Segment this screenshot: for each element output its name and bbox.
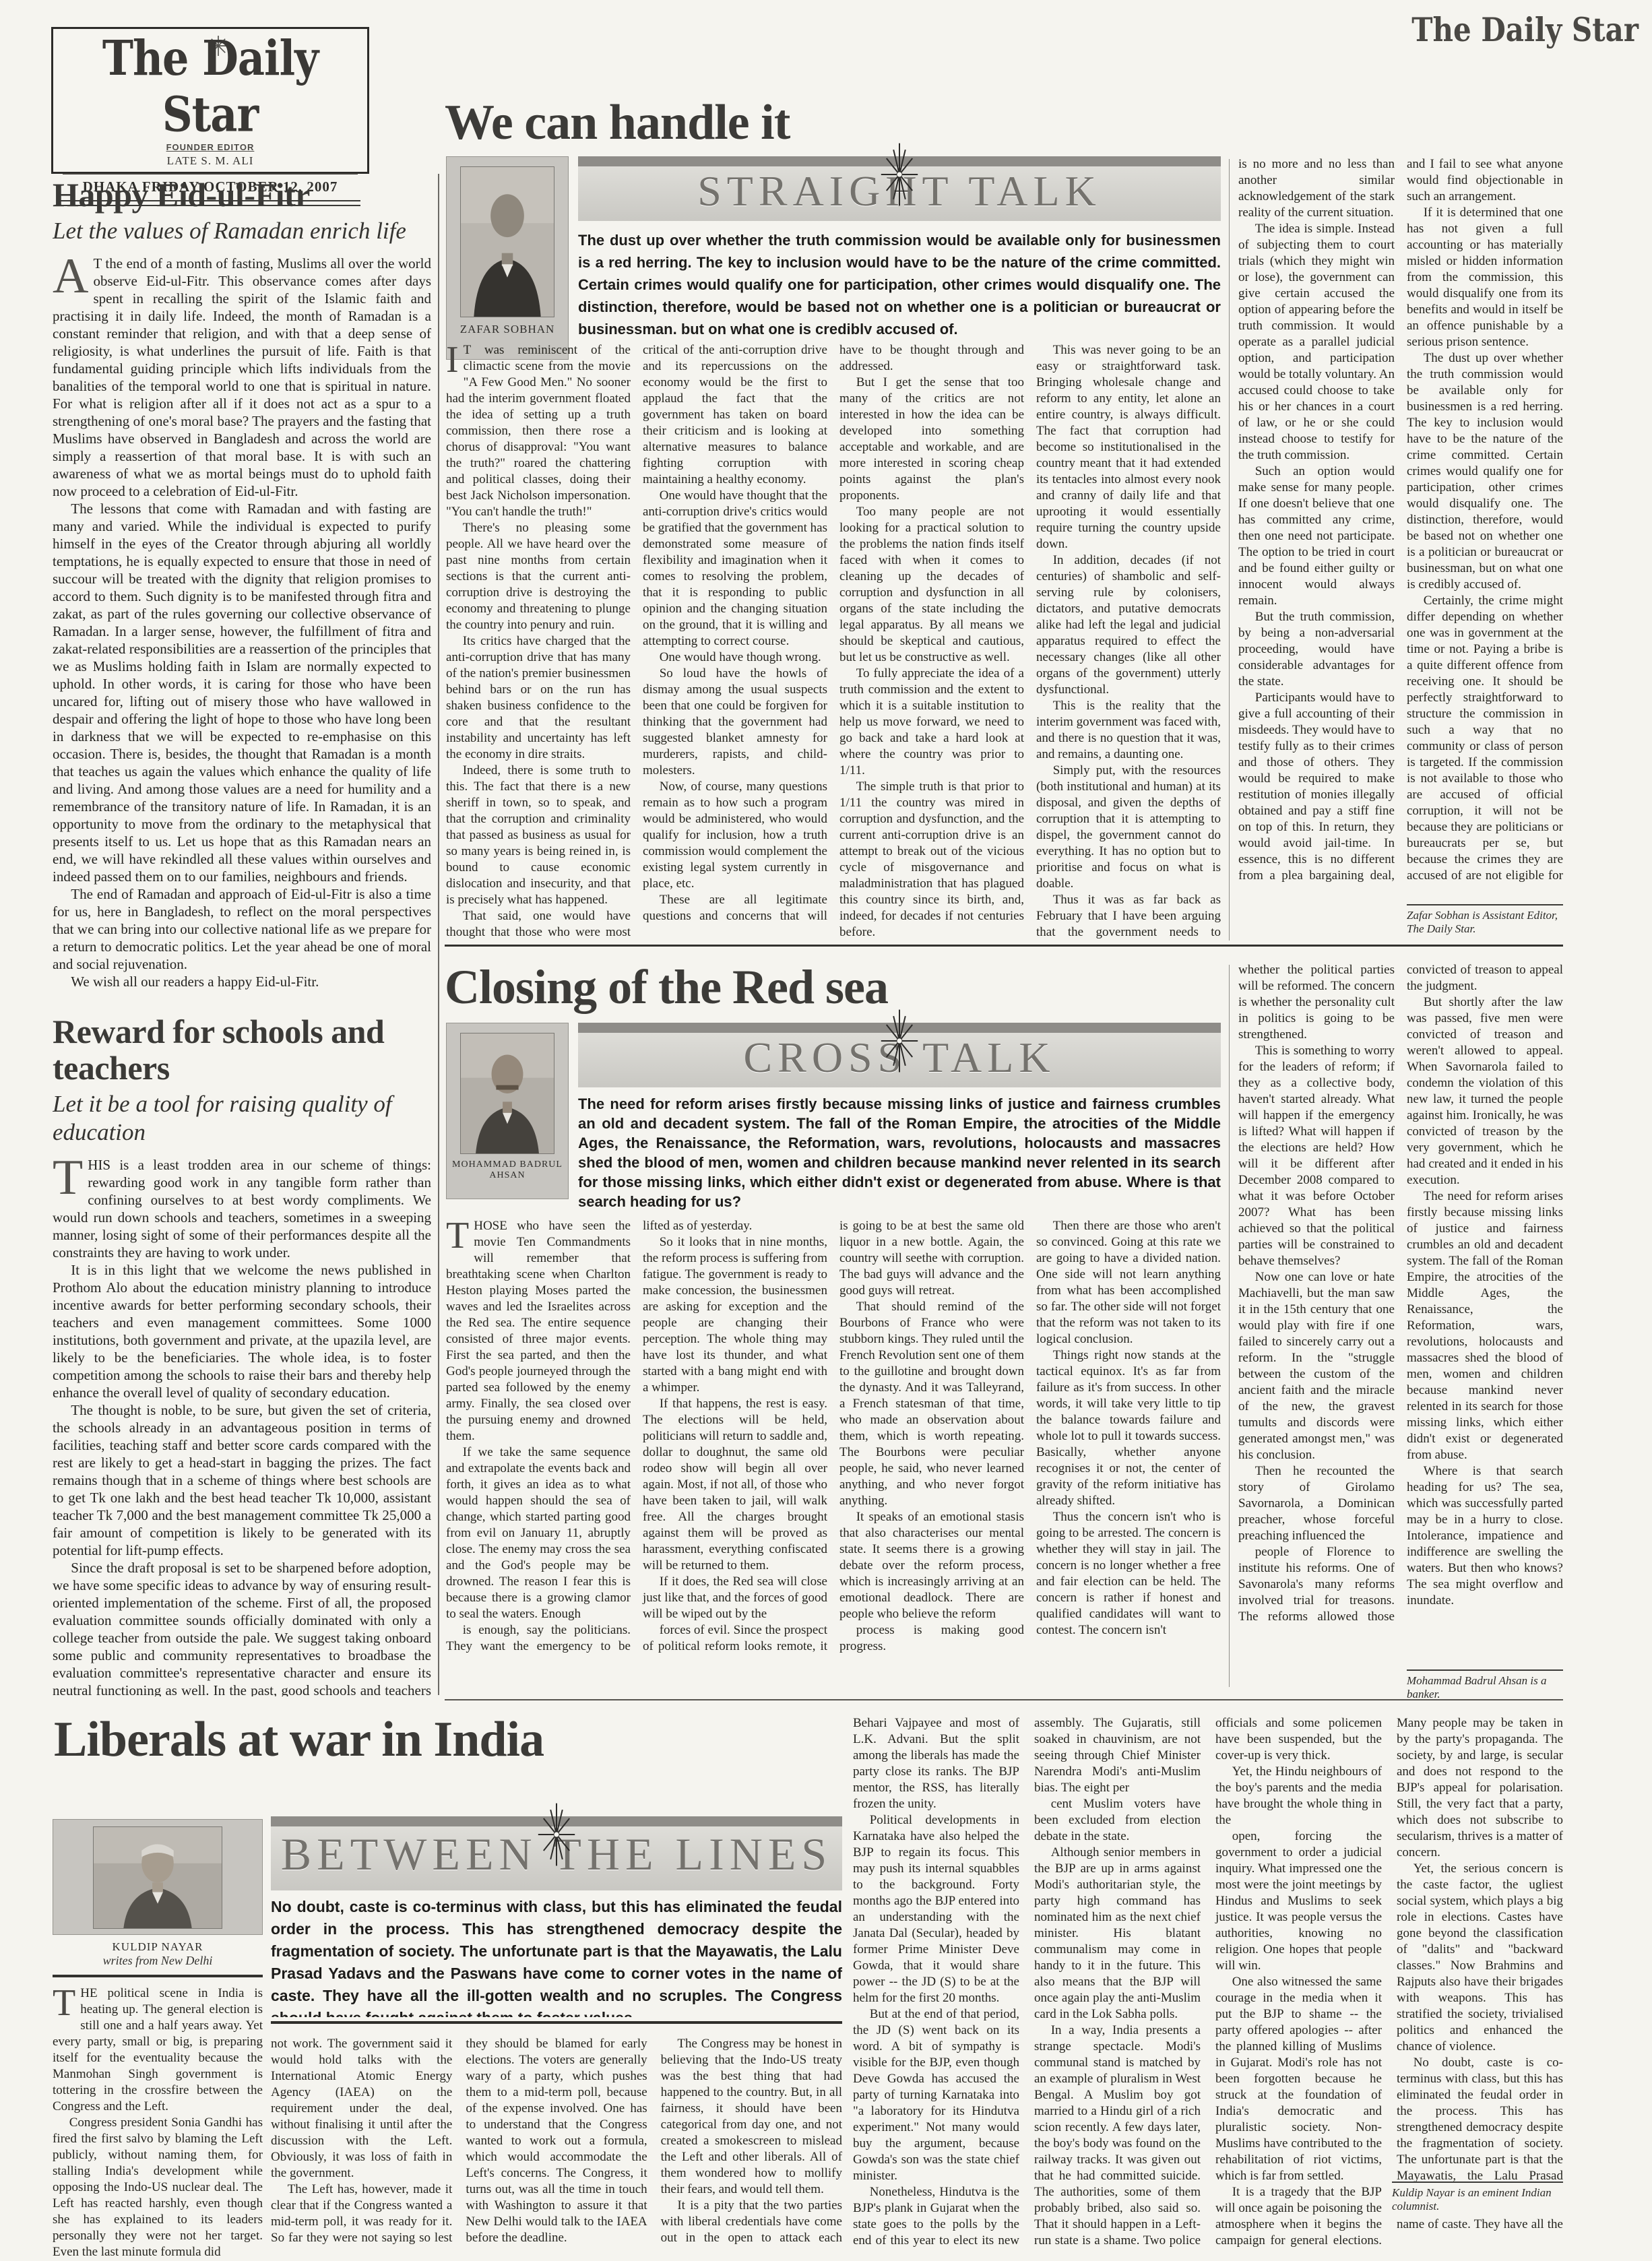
starburst-icon	[530, 1791, 583, 1878]
author-photo-panel: ZAFAR SOBHAN	[446, 156, 569, 360]
author-name: ZAFAR SOBHAN	[460, 323, 555, 336]
author-credit: Zafar Sobhan is Assistant Editor, The Da…	[1407, 904, 1563, 936]
corner-logo: The Daily Star	[1361, 11, 1639, 49]
paragraph: But the truth commission, by being a non…	[1238, 609, 1395, 690]
paragraph: Such an option would make sense for many…	[1238, 464, 1395, 609]
paragraph: But shortly after the law was passed, fi…	[1407, 994, 1563, 1188]
straight-talk-body: I T was reminiscent of the climactic sce…	[446, 342, 1221, 946]
column-divider-rule	[438, 174, 439, 1695]
founder-name: LATE S. M. ALI	[53, 154, 367, 168]
cross-talk-body-continued: whether the political parties will be re…	[1238, 962, 1563, 1664]
cross-talk-headline: Closing of the Red sea	[445, 959, 888, 1015]
author-credit: Mohammad Badrul Ahsan is a banker.	[1407, 1669, 1563, 1701]
paragraph: It is in this light that we welcome the …	[53, 1261, 431, 1401]
editorial-happy-eid: Happy Eid-ul-Fitr Let the values of Rama…	[53, 177, 431, 990]
paragraph: One would have thought that the anti-cor…	[643, 488, 827, 649]
between-the-lines-body-intro: T HE political scene in India is heating…	[53, 1985, 263, 2260]
paragraph: HE political scene in India is heating u…	[53, 1985, 263, 2115]
paragraph: This is the reality that the interim gov…	[1036, 698, 1221, 763]
cross-talk-body: T HOSE who have seen the movie Ten Comma…	[446, 1218, 1221, 1688]
paragraph: Although senior members in the BJP are u…	[1034, 1845, 1201, 2023]
cross-talk-banner: CROSS TALK	[578, 1023, 1221, 1087]
paragraph: Its critics have charged that the anti-c…	[446, 633, 631, 763]
author-photo-panel	[53, 1819, 263, 1935]
paragraph: This was never going to be an easy or st…	[1036, 342, 1221, 552]
paragraph: The simple truth is that prior to 1/11 t…	[839, 779, 1024, 941]
paragraph: We wish all our readers a happy Eid-ul-F…	[53, 973, 431, 990]
paragraph: The dust up over whether the truth commi…	[1407, 350, 1563, 593]
paragraph: Where is that search heading for us? The…	[1407, 1463, 1563, 1609]
author-location: writes from New Delhi	[53, 1954, 263, 1968]
paragraph: whether the political parties will be re…	[1238, 962, 1395, 1043]
dropcap-letter: I	[446, 342, 464, 375]
paragraph: So loud have the howls of dismay among t…	[643, 666, 827, 779]
masthead: The Daily Star FOUNDER EDITOR LATE S. M.…	[51, 27, 369, 174]
dropcap-letter: A	[53, 255, 93, 296]
column-rule	[1229, 159, 1230, 941]
paragraph: Then he recounted the story of Girolamo …	[1238, 1463, 1395, 1544]
editorial-subtitle: Let it be a tool for raising quality of …	[53, 1090, 431, 1147]
author-photo	[460, 1033, 554, 1154]
paragraph: In addition, decades (if not centuries) …	[1036, 552, 1221, 698]
paragraph: This is something to worry for the leade…	[1238, 1043, 1395, 1269]
author-credit: Kuldip Nayar is an eminent Indian column…	[1392, 2182, 1563, 2213]
dropcap-letter: T	[53, 1156, 88, 1197]
paragraph: is no more and no less than another simi…	[1238, 156, 1395, 221]
paragraph: Too many people are not looking for a pr…	[839, 504, 1024, 666]
paragraph: Behari Vajpayee and most of L.K. Advani.…	[853, 1715, 1019, 1812]
straight-talk-banner: STRAIGHT TALK	[578, 156, 1221, 221]
between-the-lines-standfirst: No doubt, caste is co-terminus with clas…	[271, 1896, 842, 2017]
author-column: KULDIP NAYAR writes from New Delhi T HE …	[53, 1819, 263, 2261]
between-the-lines-body: not work. The government said it would h…	[271, 2036, 842, 2261]
paragraph: But at the end of that period, the JD (S…	[853, 2006, 1019, 2184]
paragraph: Now one can love or hate Machiavelli, bu…	[1238, 1269, 1395, 1463]
between-the-lines-banner: BETWEEN THE LINES	[271, 1816, 842, 1890]
paragraph: The Congress may be honest in believing …	[661, 2036, 842, 2198]
paragraph: not work. The government said it would h…	[271, 2036, 452, 2182]
paragraph: To fully appreciate the idea of a truth …	[839, 666, 1024, 779]
paragraph: Things right now stands at the tactical …	[1036, 1347, 1221, 1509]
paragraph: If that happens, the rest is easy. The e…	[643, 1396, 827, 1574]
standfirst-rule	[271, 2021, 842, 2024]
starburst-center	[897, 172, 902, 177]
paragraph: One also witnessed the same courage in t…	[1215, 1974, 1382, 2184]
paragraph: T the end of a month of fasting, Muslims…	[53, 255, 431, 500]
founder-editor-label: FOUNDER EDITOR	[53, 142, 367, 152]
paragraph: If we take the same sequence and extrapo…	[446, 1444, 631, 1622]
author-name: KULDIP NAYAR	[53, 1940, 263, 1954]
editorial-body: A T the end of a month of fasting, Musli…	[53, 255, 431, 990]
paragraph: HOSE who have seen the movie Ten Command…	[446, 1218, 631, 1444]
paragraph: Simply put, with the resources (both ins…	[1036, 763, 1221, 892]
editorial-subtitle: Let the values of Ramadan enrich life	[53, 217, 431, 245]
straight-talk-body-continued: is no more and no less than another simi…	[1238, 156, 1563, 897]
column-rule	[1229, 965, 1230, 1687]
paragraph: The idea is simple. Instead of subjectin…	[1238, 221, 1395, 464]
between-the-lines-headline: Liberals at war in India	[54, 1711, 544, 1769]
section-divider-rule	[445, 945, 1563, 947]
paragraph: Political developments in Karnataka have…	[853, 1812, 1019, 2006]
editorial-title: Happy Eid-ul-Fitr	[53, 177, 431, 213]
paragraph: There's no pleasing some people. All we …	[446, 520, 631, 633]
editorial-title: Reward for schools and teachers	[53, 1013, 431, 1086]
paragraph: open, forcing the government to order a …	[1215, 1828, 1382, 1974]
paragraph: HIS is a least trodden area in our schem…	[53, 1156, 431, 1261]
paragraph: cent Muslim voters have been excluded fr…	[1034, 1796, 1201, 1845]
credit-text: Mohammad Badrul Ahsan is a banker.	[1407, 1674, 1546, 1700]
paragraph: Yet, the serious concern is the caste fa…	[1397, 1861, 1563, 2055]
author-photo-panel: MOHAMMAD BADRUL AHSAN	[446, 1023, 569, 1199]
paragraph: One would have though wrong.	[643, 649, 827, 666]
byline-rule	[53, 1975, 263, 1977]
paragraph: Then there are those who aren't so convi…	[1036, 1218, 1221, 1347]
paragraph: The end of Ramadan and approach of Eid-u…	[53, 885, 431, 973]
straight-talk-headline: We can handle it	[445, 94, 790, 152]
masthead-rule	[63, 173, 358, 174]
paragraph: It speaks of an emotional stasis that al…	[839, 1509, 1024, 1622]
paragraph: Since the draft proposal is set to be sh…	[53, 1559, 431, 1696]
paragraph: But I get the sense that too many of the…	[839, 375, 1024, 504]
cross-talk-standfirst: The need for reform arises firstly becau…	[578, 1094, 1221, 1213]
paragraph: T was reminiscent of the climactic scene…	[446, 342, 631, 520]
editorial-body: T HIS is a least trodden area in our sch…	[53, 1156, 431, 1696]
paragraph: That should remind of the Bourbons of Fr…	[839, 1299, 1024, 1509]
author-photo	[93, 1826, 222, 1929]
paragraph: Congress president Sonia Gandhi has fire…	[53, 2115, 263, 2260]
author-name: MOHAMMAD BADRUL AHSAN	[447, 1159, 568, 1181]
credit-text: Kuldip Nayar is an eminent Indian column…	[1392, 2186, 1552, 2212]
paragraph: process is making good progress.	[839, 1622, 1024, 1655]
paragraph: Thus the concern isn't who is going to b…	[1036, 1509, 1221, 1638]
dropcap-letter: T	[53, 1985, 80, 2018]
section-gap	[53, 990, 431, 1013]
dropcap-letter: T	[446, 1218, 474, 1251]
paragraph: If it is determined that one has not giv…	[1407, 205, 1563, 350]
paragraph: The lessons that come with Ramadan and w…	[53, 500, 431, 885]
masthead-logo: The Daily Star	[53, 30, 367, 143]
starburst-icon	[872, 131, 926, 218]
starburst-center	[554, 1832, 559, 1837]
starburst-icon	[872, 997, 926, 1085]
author-photo	[460, 166, 554, 317]
paragraph: If it does, the Red sea will close just …	[643, 1574, 827, 1622]
starburst-center	[897, 1038, 902, 1044]
paragraph: The thought is noble, to be sure, but gi…	[53, 1401, 431, 1559]
paragraph: The need for reform arises firstly becau…	[1407, 1188, 1563, 1463]
paragraph: Indeed, there is some truth to this. The…	[446, 763, 631, 908]
paragraph: Now, of course, many questions remain as…	[643, 779, 827, 892]
credit-text: Zafar Sobhan is Assistant Editor, The Da…	[1407, 909, 1558, 935]
section-divider-rule	[445, 1699, 1563, 1700]
paragraph: So it looks that in nine months, the ref…	[643, 1234, 827, 1396]
straight-talk-standfirst: The dust up over whether the truth commi…	[578, 229, 1221, 334]
editorial-column: Happy Eid-ul-Fitr Let the values of Rama…	[53, 177, 431, 1696]
between-the-lines-body-continued: Behari Vajpayee and most of L.K. Advani.…	[853, 1715, 1563, 2261]
editorial-reward-schools: Reward for schools and teachers Let it b…	[53, 1013, 431, 1696]
paragraph: Yet, the Hindu neighbours of the boy's p…	[1215, 1764, 1382, 1828]
